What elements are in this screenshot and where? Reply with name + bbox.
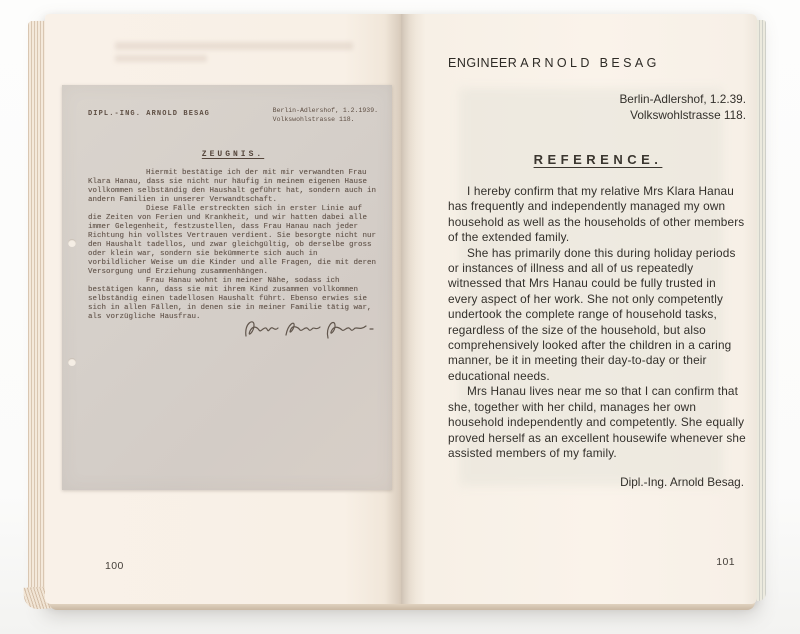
reference-paragraph: She has primarily done this during holid… xyxy=(448,246,748,385)
showthrough-text-ghost xyxy=(115,55,207,62)
left-page: DIPL.-ING. ARNOLD BESAG Berlin-Adlershof… xyxy=(45,14,401,604)
header-title-prefix: ENGINEER xyxy=(448,56,517,70)
showthrough-text-ghost xyxy=(115,42,353,50)
reference-date-block: Berlin-Adlershof, 1.2.39. Volkswohlstras… xyxy=(448,92,748,123)
page-number-left: 100 xyxy=(105,560,124,572)
letter-paragraph: Hiermit bestätige ich der mit mir verwan… xyxy=(88,169,380,205)
reference-signature: Dipl.-Ing. Arnold Besag. xyxy=(448,475,748,489)
reference-heading: REFERENCE. xyxy=(448,152,748,167)
punch-hole xyxy=(68,358,76,366)
page-number-right: 101 xyxy=(716,556,735,568)
handwritten-signature-icon xyxy=(240,313,380,347)
translated-reference: ENGINEERARNOLD BESAG Berlin-Adlershof, 1… xyxy=(448,56,748,489)
reference-date-line: Berlin-Adlershof, 1.2.39. xyxy=(448,92,746,108)
punch-hole xyxy=(68,239,76,247)
reference-paragraph: Mrs Hanau lives near me so that I can co… xyxy=(448,384,748,461)
reference-body: I hereby confirm that my relative Mrs Kl… xyxy=(448,184,748,461)
letter-heading: ZEUGNIS. xyxy=(88,150,378,159)
scanned-letter-photo: DIPL.-ING. ARNOLD BESAG Berlin-Adlershof… xyxy=(62,85,392,490)
letter-paragraph: Diese Fälle erstreckten sich in erster L… xyxy=(88,205,380,277)
running-header: ENGINEERARNOLD BESAG xyxy=(448,56,748,70)
right-page-edge-stack xyxy=(756,20,766,601)
letter-body: Hiermit bestätige ich der mit mir verwan… xyxy=(88,169,380,322)
letter-date-line: Berlin-Adlershof, 1.2.1939. xyxy=(273,107,378,116)
open-book: DIPL.-ING. ARNOLD BESAG Berlin-Adlershof… xyxy=(45,14,757,604)
header-author-name: ARNOLD BESAG xyxy=(520,56,659,70)
letter-head: DIPL.-ING. ARNOLD BESAG Berlin-Adlershof… xyxy=(88,107,378,124)
letter-address-line: Volkswohlstrasse 118. xyxy=(273,116,378,125)
letterhead-name: DIPL.-ING. ARNOLD BESAG xyxy=(88,107,210,118)
reference-address-line: Volkswohlstrasse 118. xyxy=(448,108,746,124)
right-page: ENGINEERARNOLD BESAG Berlin-Adlershof, 1… xyxy=(401,14,757,604)
left-page-edge-stack xyxy=(28,21,46,603)
reference-paragraph: I hereby confirm that my relative Mrs Kl… xyxy=(448,184,748,246)
letter-date-block: Berlin-Adlershof, 1.2.1939. Volkswohlstr… xyxy=(273,107,378,124)
